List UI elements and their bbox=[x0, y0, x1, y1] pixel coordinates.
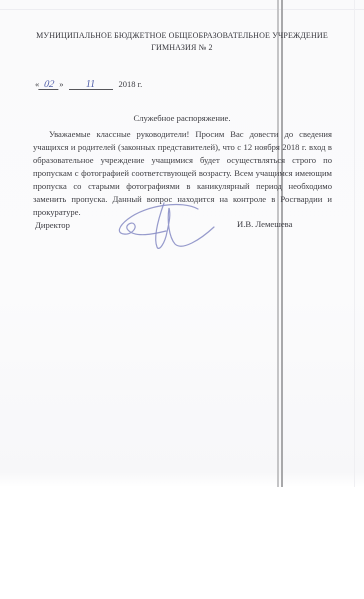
paper-right-edge-line bbox=[354, 0, 355, 487]
paper-fold-line-left bbox=[277, 0, 279, 487]
date-line: «02»112018 г. bbox=[35, 79, 142, 90]
signature-name-label: И.В. Лемешева bbox=[237, 219, 292, 229]
signature-scribble bbox=[98, 193, 222, 253]
scan-top-edge-line bbox=[0, 9, 364, 10]
date-year: 2018 г. bbox=[119, 79, 143, 89]
document-header: МУНИЦИПАЛЬНОЕ БЮДЖЕТНОЕ ОБЩЕОБРАЗОВАТЕЛЬ… bbox=[0, 30, 364, 53]
scanned-document-page: МУНИЦИПАЛЬНОЕ БЮДЖЕТНОЕ ОБЩЕОБРАЗОВАТЕЛЬ… bbox=[0, 0, 364, 599]
signature-role-label: Директор bbox=[35, 220, 70, 230]
organization-name: МУНИЦИПАЛЬНОЕ БЮДЖЕТНОЕ ОБЩЕОБРАЗОВАТЕЛЬ… bbox=[0, 30, 364, 42]
date-close-quote: » bbox=[59, 79, 63, 89]
document-title: Служебное распоряжение. bbox=[0, 113, 364, 123]
organization-subtitle: ГИМНАЗИЯ № 2 bbox=[0, 42, 364, 54]
paper-fold-line-right bbox=[281, 0, 283, 487]
handwritten-month: 11 bbox=[86, 79, 95, 90]
handwritten-day: 02 bbox=[44, 79, 56, 90]
